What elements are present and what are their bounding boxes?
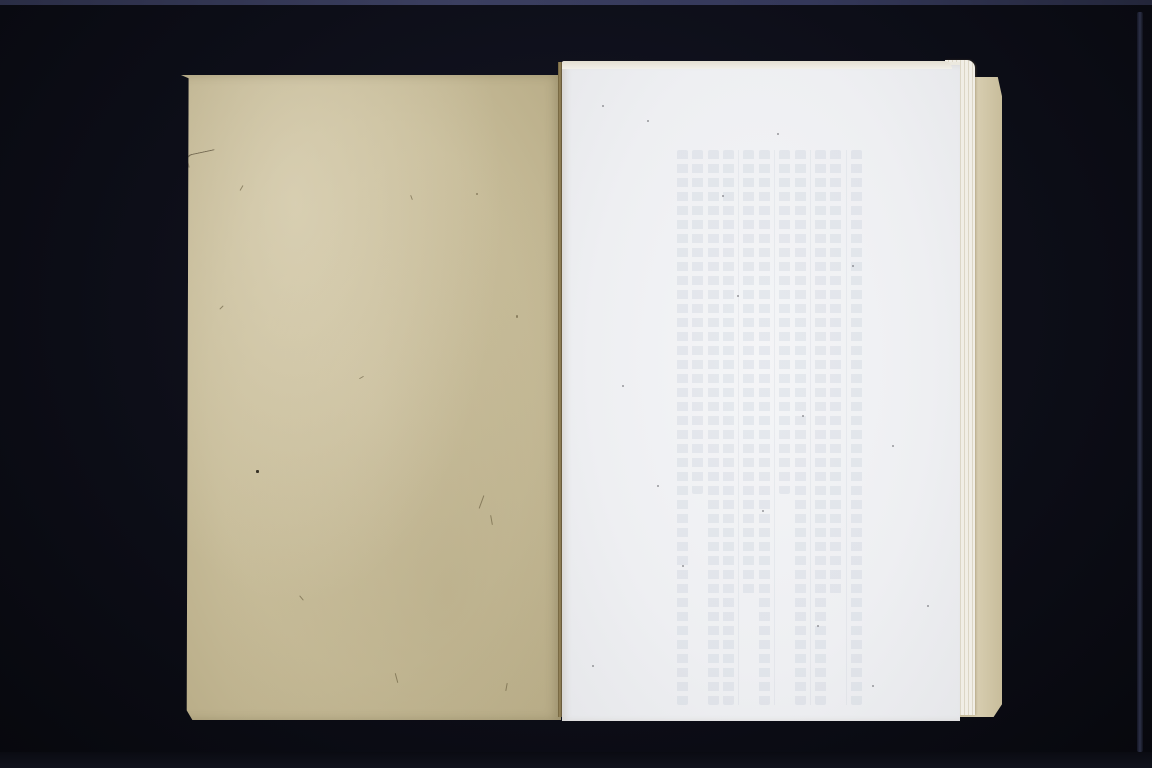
paper-fiber (505, 683, 507, 691)
paper-speck (852, 265, 854, 267)
paper-speck (622, 385, 624, 387)
frame-bottom-edge (0, 752, 1152, 768)
show-through-rule (774, 150, 775, 705)
show-through-column (851, 150, 862, 705)
paper-fiber (490, 515, 493, 525)
photo-scene (0, 0, 1152, 768)
paper-fiber (476, 193, 478, 195)
paper-speck (592, 665, 594, 667)
paper-speck (657, 485, 659, 487)
paper-speck (872, 685, 874, 687)
paper-speck (777, 133, 779, 135)
show-through-column (830, 150, 841, 594)
show-through-text-columns (677, 150, 862, 705)
paper-speck (802, 415, 804, 417)
paper-speck (762, 510, 764, 512)
paper-fiber (395, 673, 399, 683)
show-through-column (692, 150, 703, 494)
paper-fiber (410, 195, 413, 200)
left-page (181, 75, 561, 720)
right-page (562, 62, 960, 721)
paper-fiber (479, 495, 485, 508)
show-through-column (743, 150, 754, 594)
paper-speck (817, 625, 819, 627)
paper-tear (186, 149, 217, 168)
paper-speck (927, 605, 929, 607)
paper-fiber (299, 595, 304, 600)
show-through-column (677, 150, 688, 705)
page-top-fold (562, 61, 952, 69)
show-through-rule (738, 150, 739, 705)
show-through-column (815, 150, 826, 705)
paper-fiber (219, 305, 223, 309)
frame-right-edge (1137, 12, 1143, 752)
show-through-rule (846, 150, 847, 705)
paper-speck (722, 195, 724, 197)
paper-fiber (256, 470, 259, 473)
show-through-column (795, 150, 806, 705)
paper-fiber (516, 315, 518, 318)
paper-speck (602, 105, 604, 107)
paper-fiber (359, 376, 364, 379)
show-through-column (759, 150, 770, 705)
paper-fiber (240, 185, 244, 191)
paper-speck (647, 120, 649, 122)
paper-speck (682, 565, 684, 567)
show-through-column (708, 150, 719, 705)
paper-speck (892, 445, 894, 447)
paper-speck (737, 295, 739, 297)
show-through-rule (810, 150, 811, 705)
show-through-column (723, 150, 734, 705)
frame-top-light (0, 0, 1152, 5)
show-through-column (779, 150, 790, 494)
